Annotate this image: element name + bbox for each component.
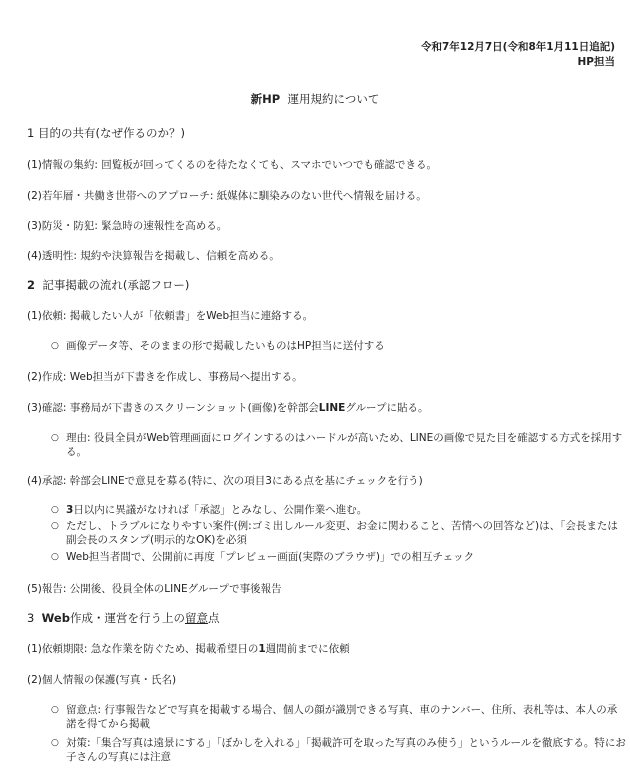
section3-item-1: (1)依頼期限: 急な作業を防ぐため、掲載希望日の1週間前までに依頼 [27,642,350,656]
title-prefix: 新HP [251,92,281,106]
bullet-text: 理由: 役員全員がWeb管理画面にログインするのはハードルが高いため、LINEの… [66,432,622,458]
section3-title-end: 点 [208,611,220,625]
section3-underline: 留意 [185,611,208,625]
list-item: ○ 対策:「集合写真は遠景にする」「ぼかしを入れる」「掲載許可を取った写真のみ使… [66,736,626,764]
section2-number: 2 [27,278,35,292]
bullet-text: 対策:「集合写真は遠景にする」「ぼかしを入れる」「掲載許可を取った写真のみ使う」… [66,737,626,763]
bullet-icon: ○ [51,503,59,517]
section2-item-4: (4)承認: 幹部会LINEで意見を募る(特に、次の項目3にある点を基にチェック… [27,474,423,488]
section3-number: 3 [27,611,34,625]
list-item: ○ 3日以内に異議がなければ「承認」とみなし、公開作業へ進む。 [66,503,626,517]
section2-item-3: (3)確認: 事務局が下書きのスクリーンショット(画像)を幹部会LINEグループ… [27,401,429,415]
section1-item-3: (3)防災・防犯: 緊急時の速報性を高める。 [27,219,227,233]
bullet-icon: ○ [51,736,59,750]
section2-item-2: (2)作成: Web担当が下書きを作成し、事務局へ提出する。 [27,370,303,384]
item3-text: (3)確認: 事務局が下書きのスクリーンショット(画像)を幹部会 [27,402,319,414]
list-item: ○ 理由: 役員全員がWeb管理画面にログインするのはハードルが高いため、LIN… [66,431,626,459]
list-item: ○ 留意点: 行事報告などで写真を掲載する場合、個人の顔が識別できる写真、車のナ… [66,703,626,731]
section3-title: 作成・運営を行う上の [70,611,185,625]
section1-item-2: (2)若年層・共働き世帯へのアプローチ: 紙媒体に馴染みのない世代へ情報を届ける… [27,189,427,203]
list-item: ○ 画像データ等、そのままの形で掲載したいものはHP担当に送付する [66,339,626,353]
bullet-text: 日以内に異議がなければ「承認」とみなし、公開作業へ進む。 [73,504,367,516]
section2-heading: 2 記事掲載の流れ(承認フロー) [27,278,189,292]
bullet-text: 留意点: 行事報告などで写真を掲載する場合、個人の顔が識別できる写真、車のナンバ… [66,704,617,730]
item3-text-end: グループに貼る。 [345,402,428,414]
bullet-icon: ○ [51,431,59,445]
bullet-icon: ○ [51,703,59,717]
list-item: ○ ただし、トラブルになりやすい案件(例:ゴミ出しルール変更、お金に関わること、… [66,519,626,547]
section1-item-4: (4)透明性: 規約や決算報告を掲載し、信頼を高める。 [27,249,280,263]
bullet-text: Web担当者間で、公開前に再度「プレビュー画面(実際のブラウザ)」での相互チェッ… [66,551,474,563]
section2-item-1: (1)依頼: 掲載したい人が「依頼書」をWeb担当に連絡する。 [27,309,313,323]
item3-bold: LINE [319,402,346,414]
section3-bold: Web [42,611,70,625]
bullet-text: 画像データ等、そのままの形で掲載したいものはHP担当に送付する [66,340,385,352]
section2-item-5: (5)報告: 公開後、役員全体のLINEグループで事後報告 [27,582,282,596]
item1-text-end: 週間前までに依頼 [266,643,350,655]
document-author: HP担当 [578,55,615,69]
bullet-icon: ○ [51,519,59,533]
list-item: ○ Web担当者間で、公開前に再度「プレビュー画面(実際のブラウザ)」での相互チ… [66,550,626,564]
document-date: 令和7年12月7日(令和8年1月11日追記) [421,40,615,54]
bullet-icon: ○ [51,339,59,353]
bullet-text: ただし、トラブルになりやすい案件(例:ゴミ出しルール変更、お金に関わること、苦情… [66,520,618,546]
page-title: 新HP 運用規約について [0,92,630,106]
bullet-icon: ○ [51,550,59,564]
section1-heading: 1 目的の共有(なぜ作るのか？) [27,126,185,140]
item1-text: (1)依頼期限: 急な作業を防ぐため、掲載希望日の [27,643,258,655]
section3-item-2: (2)個人情報の保護(写真・氏名) [27,673,176,687]
section2-title: 記事掲載の流れ(承認フロー) [42,278,189,292]
section3-heading: 3 Web作成・運営を行う上の留意点 [27,611,219,625]
section1-item-1: (1)情報の集約: 回覧板が回ってくるのを待たなくても、スマホでいつでも確認でき… [27,158,437,172]
title-main: 運用規約について [288,92,380,106]
item1-bold: 1 [258,643,265,655]
